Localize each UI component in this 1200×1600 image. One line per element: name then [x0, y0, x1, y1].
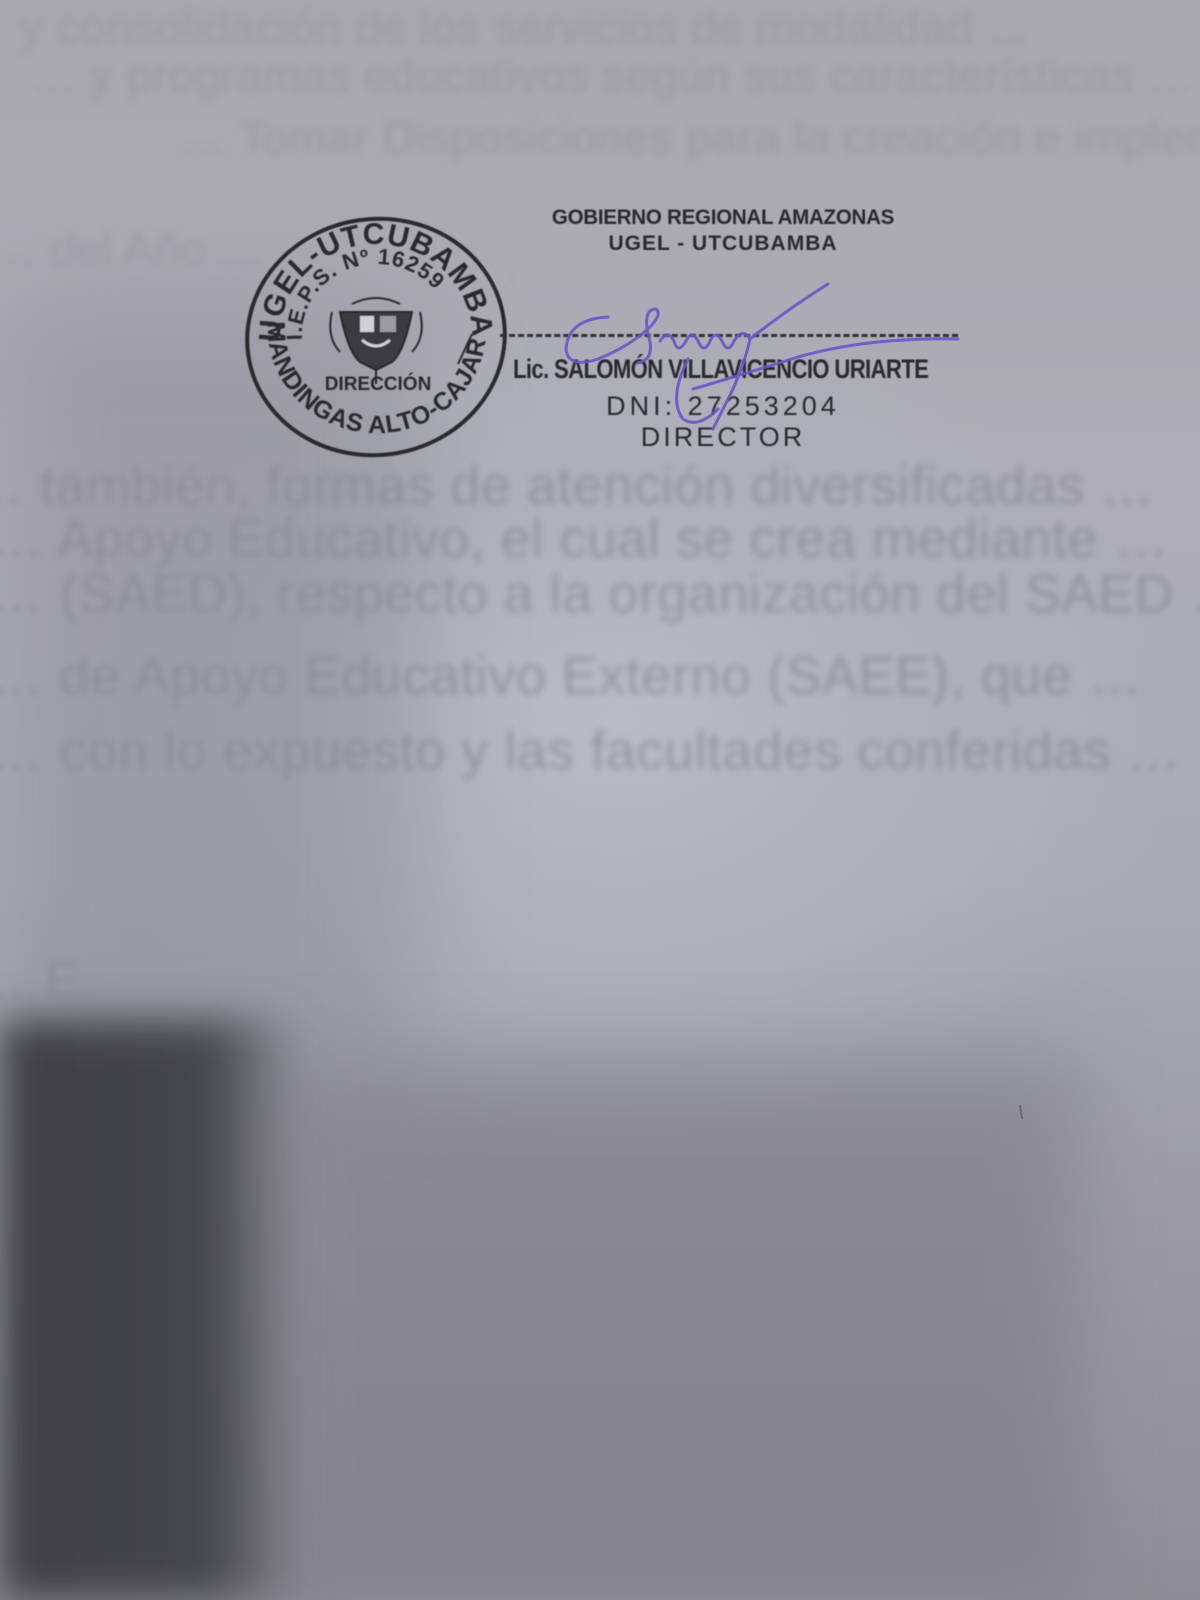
seal-center-label: DIRECCIÓN [325, 373, 432, 395]
faded-text-line: … de Apoyo Educativo Externo (SAEE), que… [0, 645, 1143, 707]
handwritten-signature [538, 259, 968, 459]
faded-text-line: … y consolidación de los servicios de mo… [0, 0, 1033, 54]
faded-text-line: … del Año … [0, 222, 267, 276]
faded-text-line: … Tomar Disposiciones para la creación e… [180, 110, 1200, 164]
shadow-overlay [260, 1060, 1080, 1600]
faded-text-line: … con lo expuesto y las facultades confe… [0, 720, 1181, 782]
shadow-overlay [0, 1020, 300, 1600]
seal-graphic: UGEL-UTCUBAMBA- I.E.P.S. Nº 16259 MANDIN… [240, 212, 510, 462]
signature-stamp: GOBIERNO REGIONAL AMAZONAS UGEL - UTCUBA… [488, 204, 958, 464]
faded-text-line: … Apoyo Educativo, el cual se crea media… [0, 508, 1168, 570]
organization-line-1: GOBIERNO REGIONAL AMAZONAS [493, 206, 954, 230]
faded-text-line: … y programas educativos según sus carac… [30, 48, 1194, 102]
peru-coat-of-arms-icon [330, 298, 422, 384]
organization-line-2: UGEL - UTCUBAMBA [488, 232, 958, 256]
institution-seal: UGEL-UTCUBAMBA- I.E.P.S. Nº 16259 MANDIN… [240, 212, 510, 462]
faded-text-line: …E. [0, 950, 97, 1012]
faded-text-line: … (SAED), respecto a la organización del… [0, 563, 1200, 625]
